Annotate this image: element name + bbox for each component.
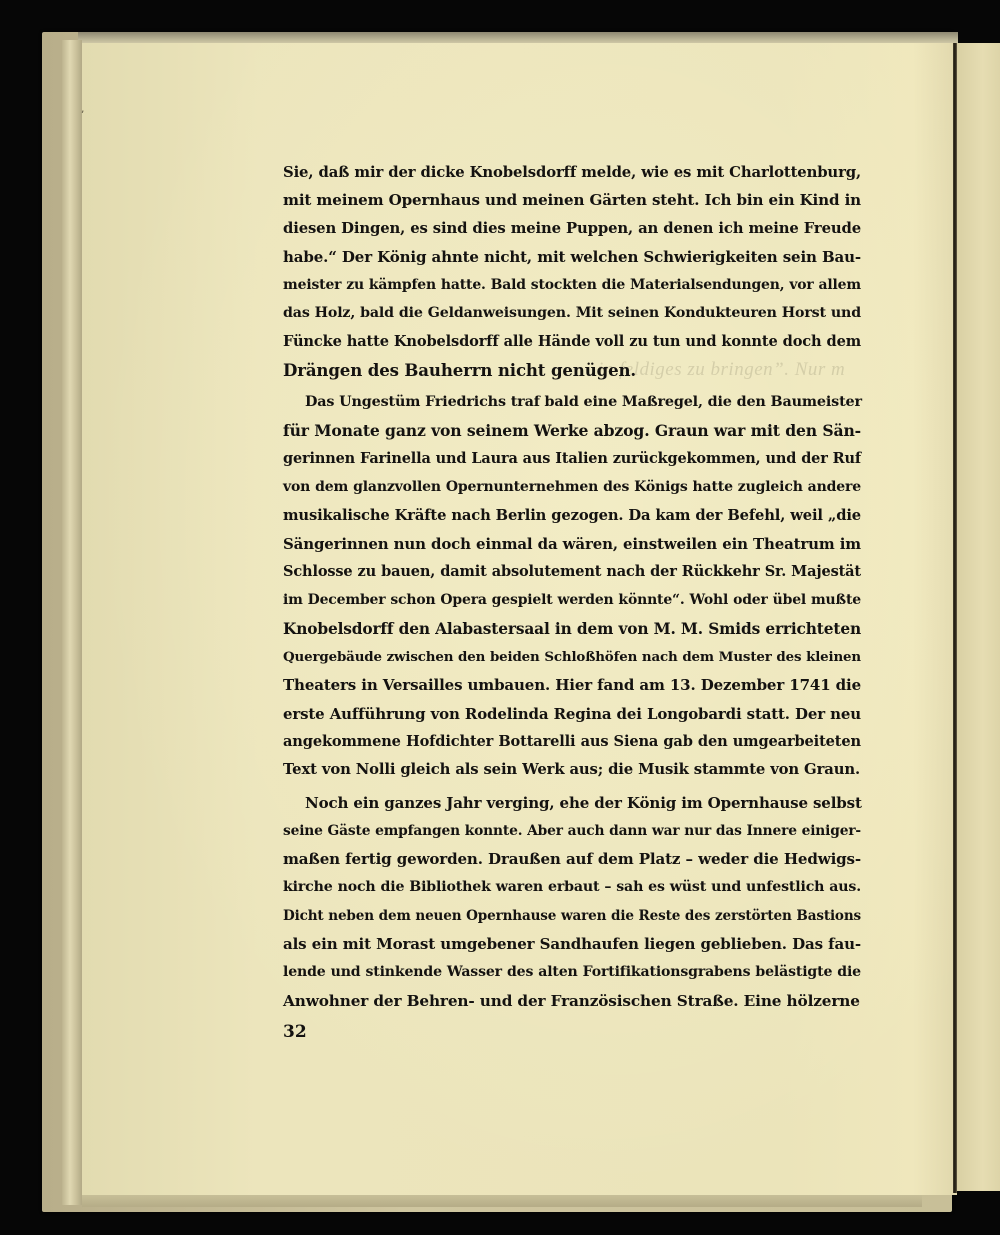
text-line: Theaters in Versailles umbauen. Hier fan… <box>283 671 861 699</box>
text-line: Drängen des Bauherrn nicht genügen. <box>283 356 861 384</box>
text-line: als ein mit Morast umgebener Sandhaufen … <box>283 930 861 958</box>
text-line: diesen Dingen, es sind dies meine Puppen… <box>283 215 861 243</box>
text-line: angekommene Hofdichter Bottarelli aus Si… <box>283 728 861 756</box>
paragraph: Sie, daß mir der dicke Knobelsdorff meld… <box>283 158 861 384</box>
text-line: Das Ungestüm Friedrichs traf bald eine M… <box>283 388 861 416</box>
text-line: im December schon Opera gespielt werden … <box>283 586 861 614</box>
text-line: meister zu kämpfen hatte. Bald stockten … <box>283 271 861 299</box>
text-line: maßen fertig geworden. Draußen auf dem P… <box>283 845 861 873</box>
page-number: 32 <box>283 1022 307 1042</box>
text-line: Anwohner der Behren- und der Französisch… <box>283 987 861 1015</box>
paragraph: Noch ein ganzes Jahr verging, ehe der Kö… <box>283 789 861 1015</box>
facing-page <box>957 43 1000 1191</box>
text-line: Schlosse zu bauen, damit absolutement na… <box>283 558 861 586</box>
text-line: gerinnen Farinella und Laura aus Italien… <box>283 445 861 473</box>
book-scan: ’ in feldiges zu bringen”. Nur m Sie, da… <box>0 0 1000 1235</box>
text-line: kirche noch die Bibliothek waren erbaut … <box>283 873 861 901</box>
text-line: Noch ein ganzes Jahr verging, ehe der Kö… <box>283 789 861 817</box>
text-line: habe.“ Der König ahnte nicht, mit welche… <box>283 243 861 271</box>
text-line: seine Gäste empfangen konnte. Aber auch … <box>283 817 861 845</box>
text-line: Knobelsdorff den Alabastersaal in dem vo… <box>283 615 861 643</box>
text-line: Sie, daß mir der dicke Knobelsdorff meld… <box>283 158 861 186</box>
text-line: Dicht neben dem neuen Opernhause waren d… <box>283 902 861 930</box>
text-line: mit meinem Opernhaus und meinen Gärten s… <box>283 186 861 214</box>
body-text: Sie, daß mir der dicke Knobelsdorff meld… <box>283 158 861 1015</box>
text-line: Text von Nolli gleich als sein Werk aus;… <box>283 756 861 784</box>
text-line: Quergebäude zwischen den beiden Schloßhö… <box>283 643 861 671</box>
page-bottom-edge <box>82 1195 922 1207</box>
text-line: erste Aufführung von Rodelinda Regina de… <box>283 700 861 728</box>
margin-mark: ’ <box>81 110 84 121</box>
text-line: für Monate ganz von seinem Werke abzog. … <box>283 417 861 445</box>
text-line: Füncke hatte Knobelsdorff alle Hände vol… <box>283 328 861 356</box>
text-line: das Holz, bald die Geldanweisungen. Mit … <box>283 299 861 327</box>
paragraph: Das Ungestüm Friedrichs traf bald eine M… <box>283 388 861 784</box>
text-line: musikalische Kräfte nach Berlin gezogen.… <box>283 502 861 530</box>
text-line: von dem glanzvollen Opernunternehmen des… <box>283 473 861 501</box>
text-line: Sängerinnen nun doch einmal da wären, ei… <box>283 530 861 558</box>
text-line: lende und stinkende Wasser des alten For… <box>283 958 861 986</box>
page-stack-edge <box>62 40 82 1205</box>
